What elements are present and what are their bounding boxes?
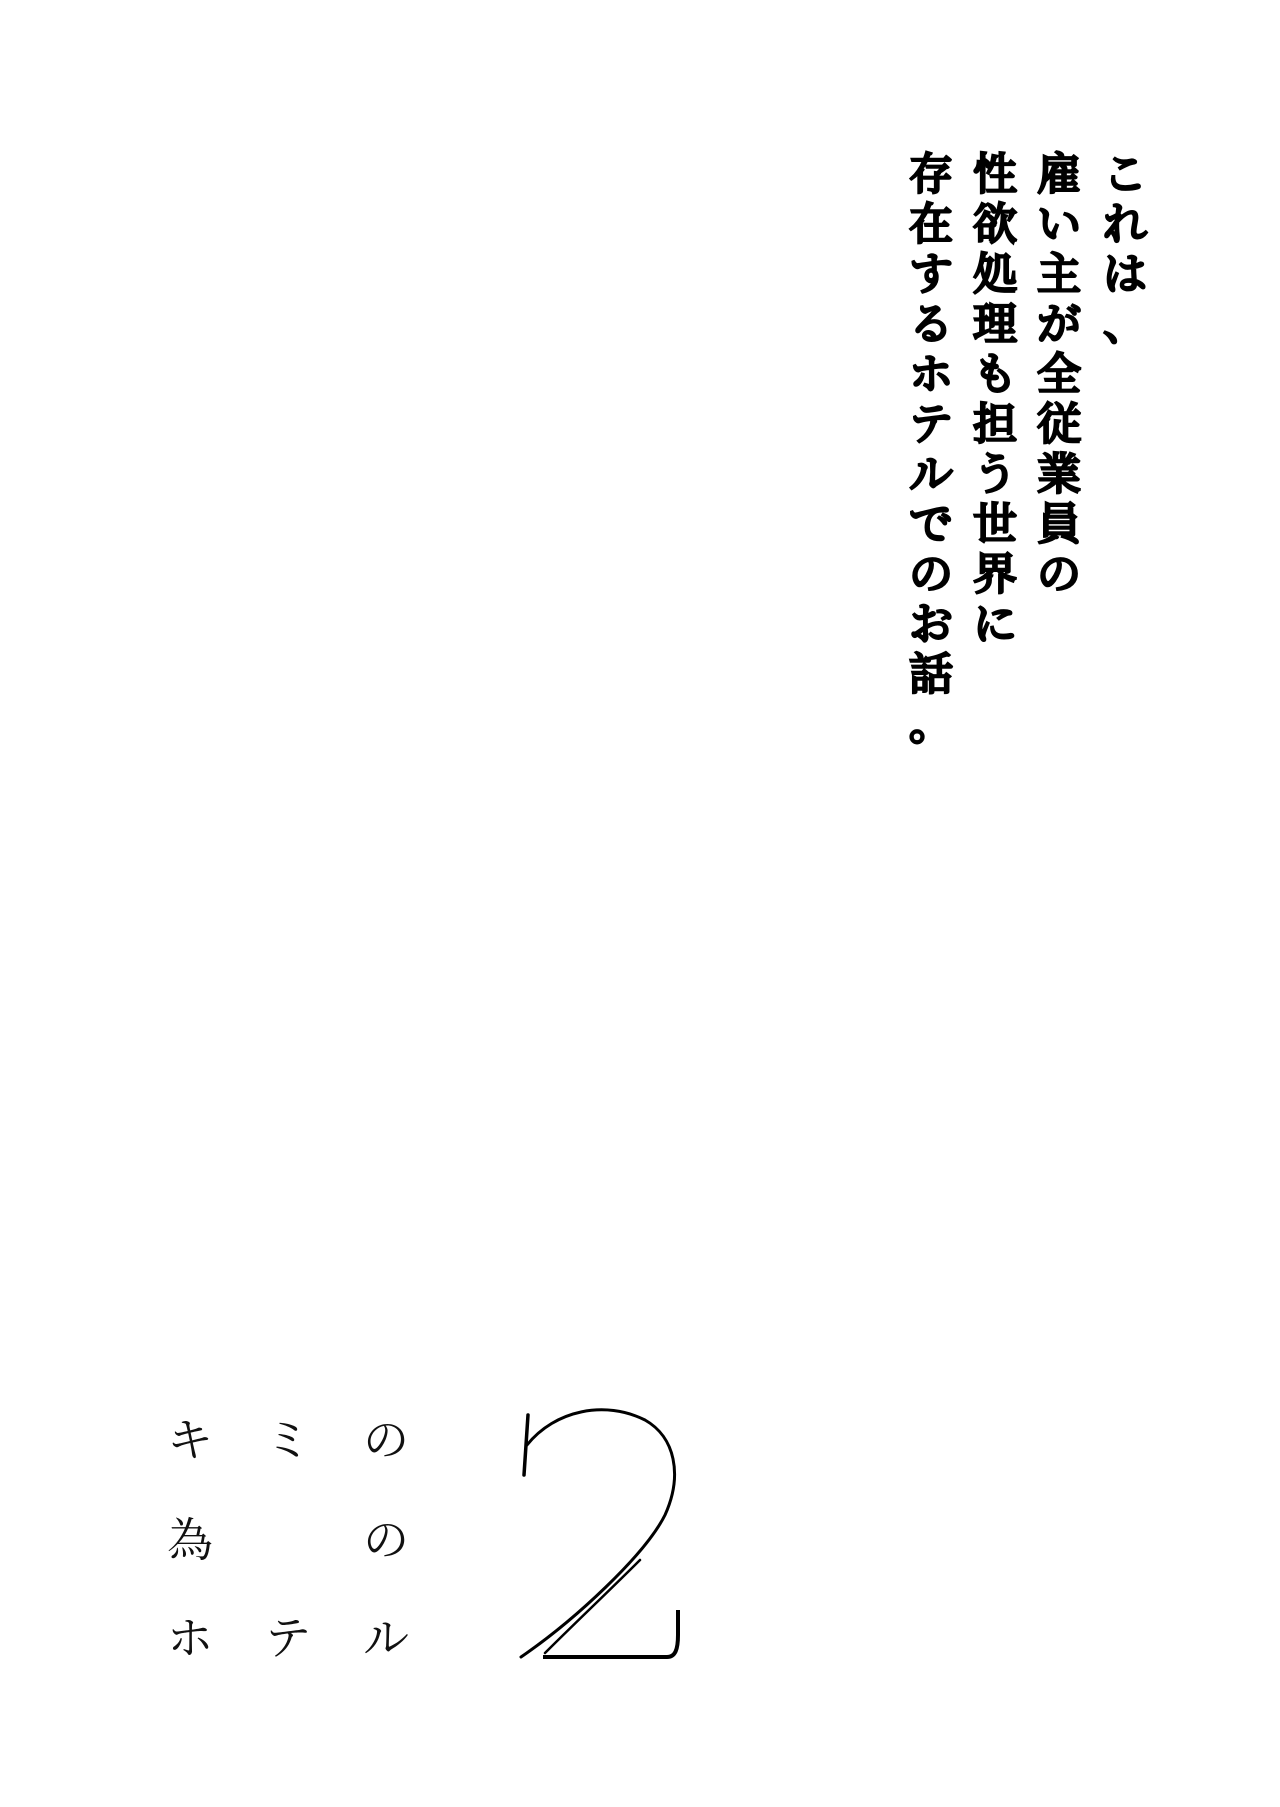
tagline-char: で (906, 500, 956, 550)
tagline-char: に (970, 600, 1020, 650)
tagline-char: れ (1100, 200, 1150, 250)
tagline-char: 処 (970, 250, 1020, 300)
tagline-char: が (1034, 300, 1084, 350)
tagline-char: も (970, 350, 1020, 400)
tagline-char: は (1100, 250, 1150, 300)
tagline-char: る (906, 300, 956, 350)
tagline-column-2: 雇 い 主 が 全 従 業 員 の (1034, 150, 1084, 600)
volume-number-glyph (515, 1395, 695, 1675)
tagline-char: 。 (906, 700, 956, 750)
tagline-char: 理 (970, 300, 1020, 350)
tagline-char: 性 (970, 150, 1020, 200)
tagline-char: 全 (1034, 350, 1084, 400)
title-char: キ (160, 1410, 220, 1470)
tagline-column-4: 存 在 す る ホ テ ル で の お 話 。 (906, 150, 956, 750)
vertical-tagline: こ れ は 、 雇 い 主 が 全 従 業 員 の 性 欲 処 理 も 担 う … (900, 150, 1150, 770)
tagline-char: 雇 (1034, 150, 1084, 200)
tagline-char: 話 (906, 650, 956, 700)
title-char: 為 (160, 1510, 220, 1570)
tagline-char: す (906, 250, 956, 300)
tagline-char: の (1034, 550, 1084, 600)
tagline-char: 世 (970, 500, 1020, 550)
tagline-char: 欲 (970, 200, 1020, 250)
tagline-char: い (1034, 200, 1084, 250)
title-char: ミ (258, 1410, 318, 1470)
volume-number: 2 (515, 1395, 695, 1675)
tagline-char: 員 (1034, 500, 1084, 550)
tagline-char: 担 (970, 400, 1020, 450)
title-char: の (356, 1410, 416, 1470)
tagline-char: 主 (1034, 250, 1084, 300)
book-page: こ れ は 、 雇 い 主 が 全 従 業 員 の 性 欲 処 理 も 担 う … (0, 0, 1280, 1807)
title-char: ル (356, 1608, 416, 1668)
tagline-char: お (906, 600, 956, 650)
tagline-char: 在 (906, 200, 956, 250)
title-char: ホ (160, 1608, 220, 1668)
title-char: の (356, 1510, 416, 1570)
title-block: キ ミ の 為 の ホ テ ル (160, 1410, 460, 1680)
tagline-char: 界 (970, 550, 1020, 600)
tagline-char: テ (906, 400, 956, 450)
tagline-char: ル (906, 450, 956, 500)
tagline-char: 存 (906, 150, 956, 200)
tagline-char: 従 (1034, 400, 1084, 450)
tagline-char: 業 (1034, 450, 1084, 500)
tagline-column-1: こ れ は 、 (1100, 150, 1150, 350)
title-char: テ (258, 1608, 318, 1668)
tagline-char: 、 (1100, 300, 1150, 350)
tagline-char: こ (1100, 150, 1150, 200)
tagline-char: の (906, 550, 956, 600)
tagline-char: ホ (906, 350, 956, 400)
tagline-char: う (970, 450, 1020, 500)
tagline-column-3: 性 欲 処 理 も 担 う 世 界 に (970, 150, 1020, 650)
